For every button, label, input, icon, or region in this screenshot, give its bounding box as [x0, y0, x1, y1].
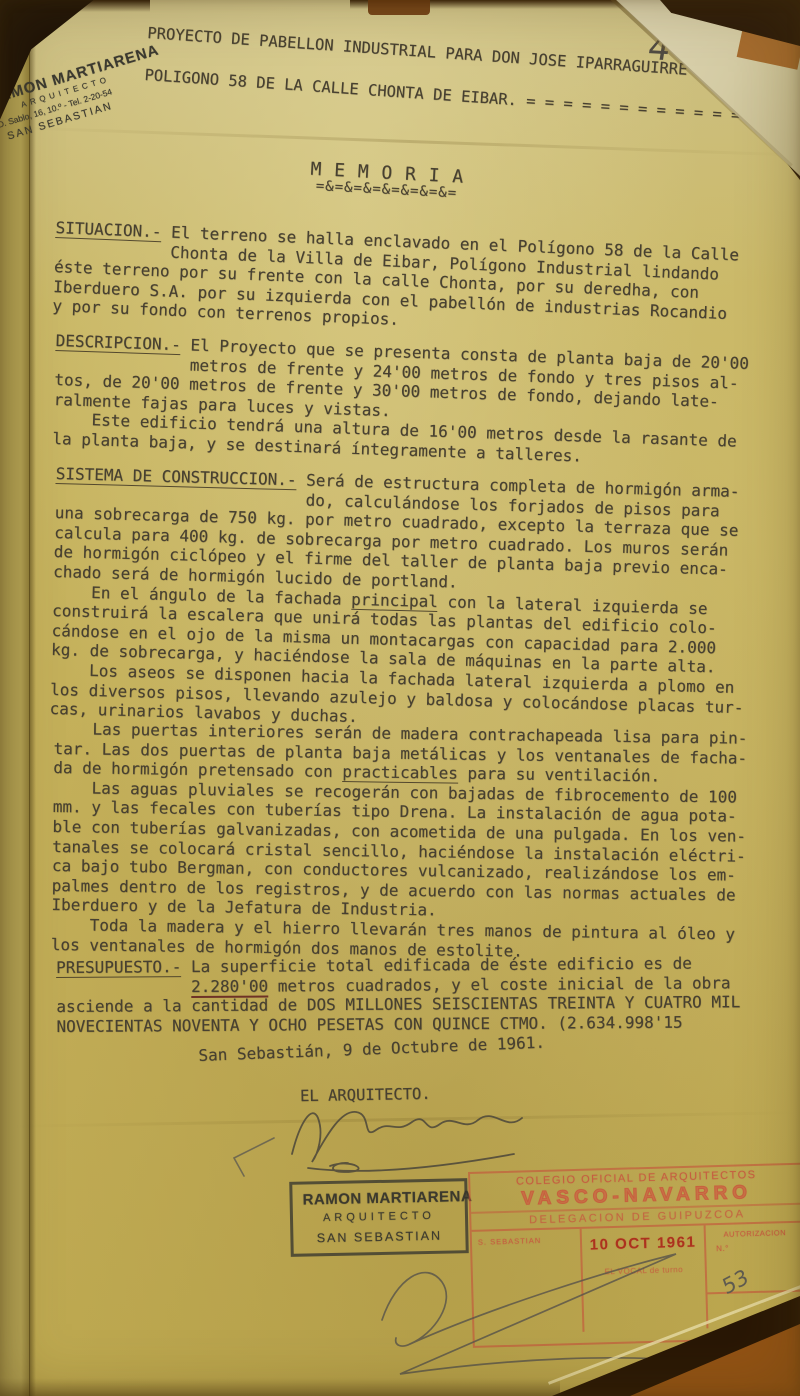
tape-fragment [368, 0, 430, 15]
paper-crease [20, 126, 800, 156]
date-line: San Sebastián, 9 de Octubre de 1961. [198, 1033, 545, 1065]
typed-line: NOVECIENTAS NOVENTA Y OCHO PESETAS CON Q… [56, 1012, 740, 1036]
section-sistema-de-construccion: SISTEMA DE CONSTRUCCION.- Será de estruc… [49, 464, 749, 737]
memoria-heading: M E M O R I A =&=&=&=&=&=&=&= [296, 158, 478, 202]
adjacent-page-edge [0, 0, 30, 1396]
section-presupuesto: PRESUPUESTO.- La superficie total edific… [56, 953, 740, 1036]
section-situacion: SITUACION.- El terreno se halla enclavad… [52, 218, 739, 343]
auth-label: AUTORIZACION [706, 1228, 800, 1240]
section-descripcion: DESCRIPCION.- El Proyecto que se present… [52, 331, 749, 471]
stamp-title: ARQUITECTO [303, 1209, 455, 1224]
section-sistema-continuacion: Las puertas interiores serán de madera c… [51, 719, 748, 964]
binding-crease [29, 0, 36, 1396]
scanned-document-page: RAMON MARTIARENA ARQUITECTO D. Sablo, 16… [0, 0, 800, 1396]
stamp-name: RAMON MARTIARENA [302, 1188, 454, 1208]
pencil-check-mark [222, 1132, 292, 1182]
architect-signature [278, 1092, 578, 1187]
